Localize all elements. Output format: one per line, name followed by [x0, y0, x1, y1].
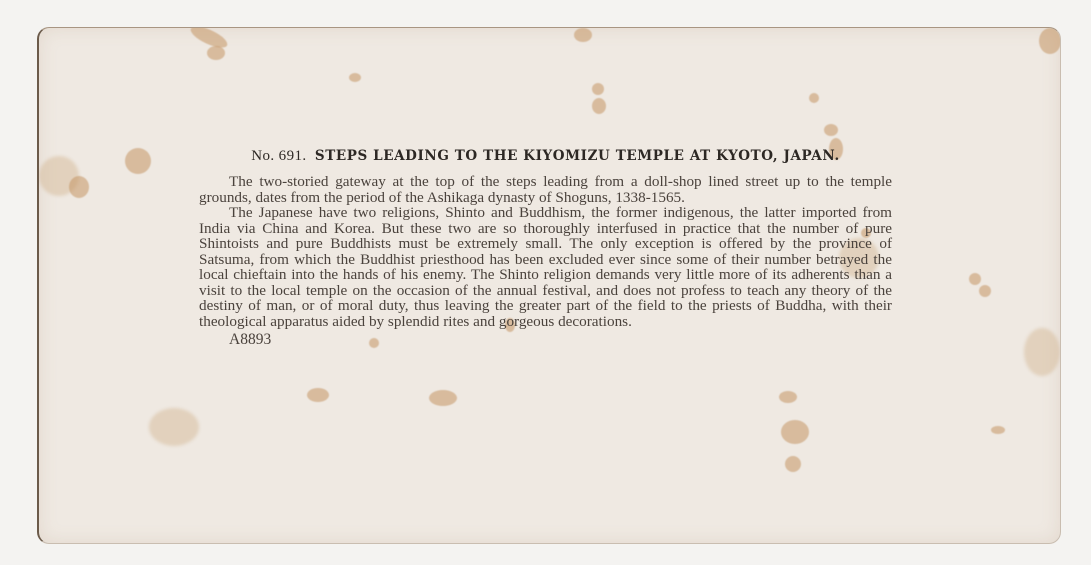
stain [781, 420, 809, 444]
card-title: No. 691. STEPS LEADING TO THE KIYOMIZU T… [199, 148, 892, 165]
stain [979, 285, 991, 297]
stain [307, 388, 329, 402]
stain [429, 390, 457, 406]
stain [785, 456, 801, 472]
catalog-code: A8893 [229, 331, 892, 349]
stain [125, 148, 151, 174]
stain [149, 408, 199, 446]
stain [349, 73, 361, 82]
paragraph-religions: The Japanese have two religions, Shinto … [199, 205, 892, 329]
card-text: No. 691. STEPS LEADING TO THE KIYOMIZU T… [199, 148, 892, 349]
paragraph-gateway: The two-storied gateway at the top of th… [199, 174, 892, 205]
stain [991, 426, 1005, 434]
card-number: No. 691. [251, 148, 306, 164]
stain [592, 98, 606, 114]
stain [574, 28, 592, 42]
card-heading: STEPS LEADING TO THE KIYOMIZU TEMPLE AT … [315, 148, 840, 164]
stain [69, 176, 89, 198]
stain [1039, 28, 1061, 54]
stereoview-card-back: No. 691. STEPS LEADING TO THE KIYOMIZU T… [37, 27, 1061, 544]
stain [779, 391, 797, 403]
stain [1024, 328, 1060, 376]
stain [207, 46, 225, 60]
stain [809, 93, 819, 103]
stain [824, 124, 838, 136]
stain [592, 83, 604, 95]
stain [969, 273, 981, 285]
